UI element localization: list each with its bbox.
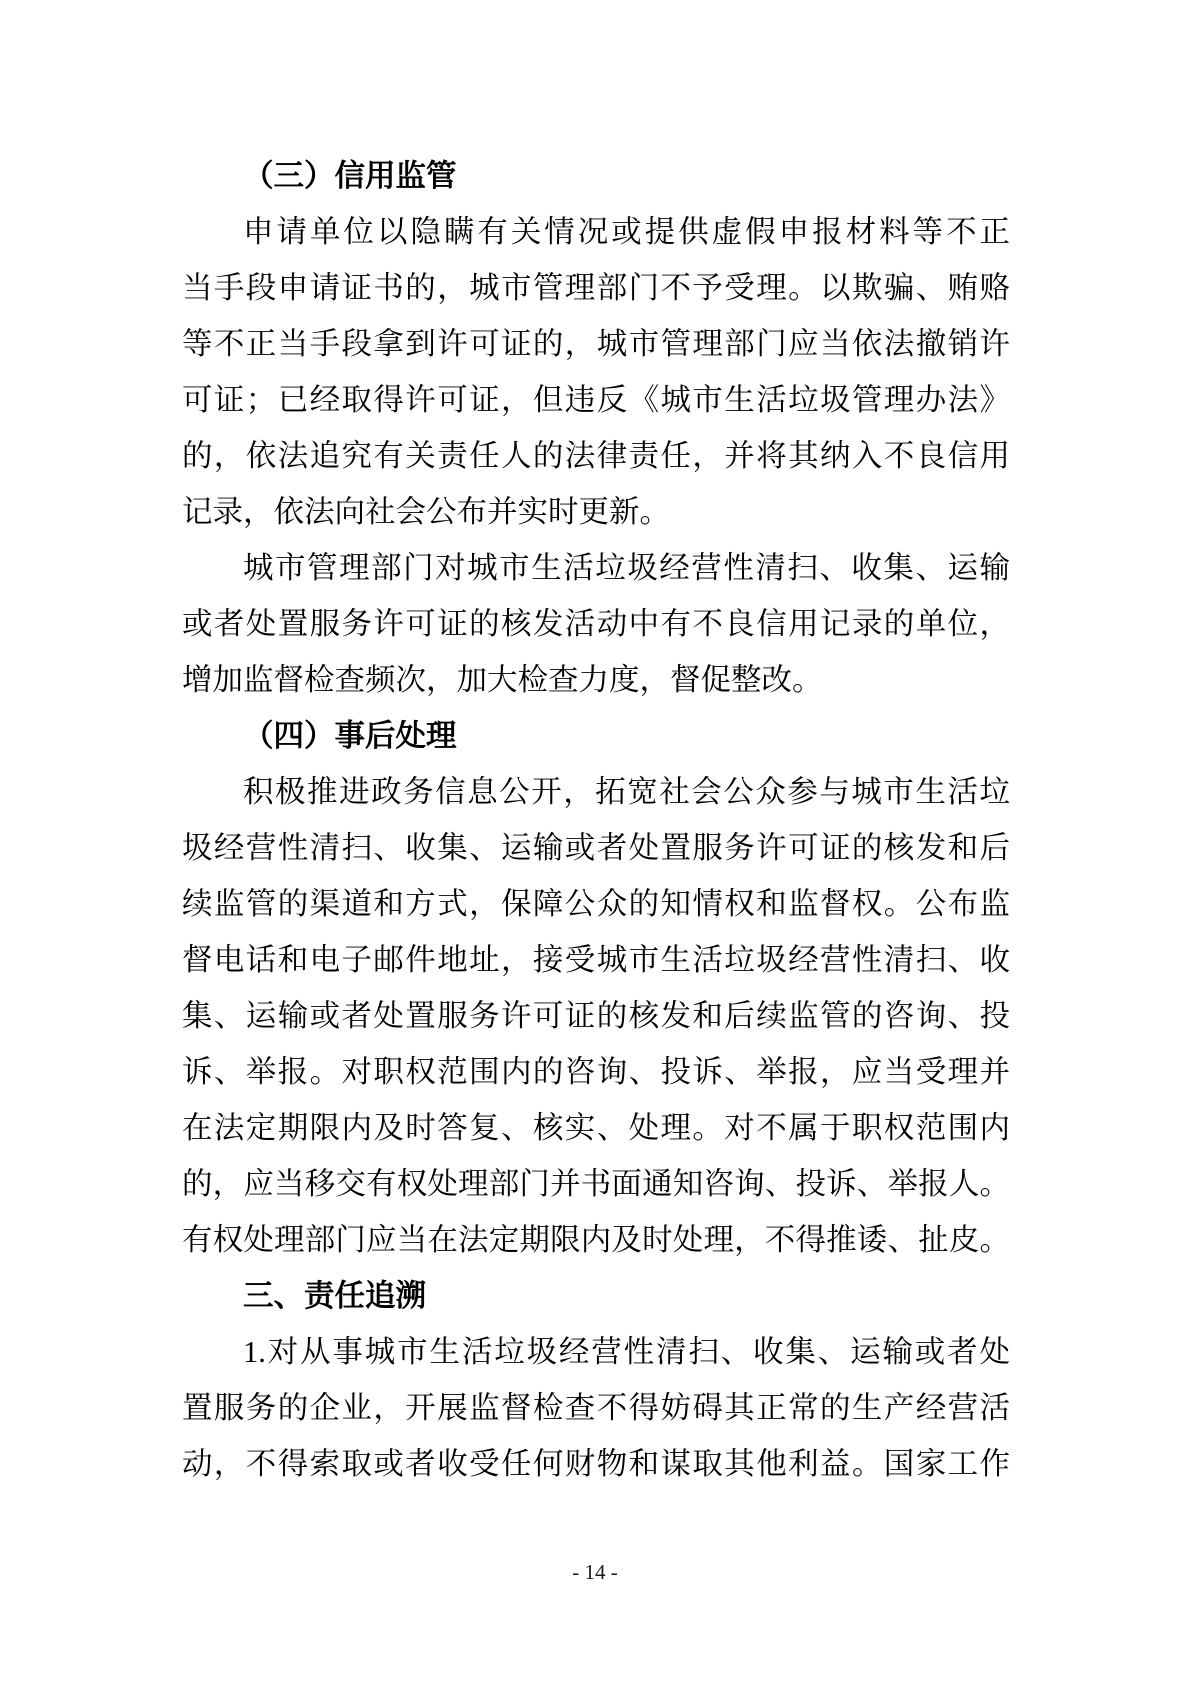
credit-supervision-paragraph-1-line-4: 可证；已经取得许可证，但违反《城市生活垃圾管理办法》 <box>182 372 1010 428</box>
responsibility-tracing-paragraph-line-3: 动，不得索取或者收受任何财物和谋取其他利益。国家工作 <box>182 1436 1010 1492</box>
post-event-handling-paragraph-line-9: 有权处理部门应当在法定期限内及时处理，不得推诿、扯皮。 <box>182 1212 1010 1268</box>
post-event-handling-paragraph-line-6: 诉、举报。对职权范围内的咨询、投诉、举报，应当受理并 <box>182 1044 1010 1100</box>
document-body: （三）信用监管申请单位以隐瞒有关情况或提供虚假申报材料等不正当手段申请证书的，城… <box>182 148 1010 1492</box>
credit-supervision-paragraph-1-line-1: 申请单位以隐瞒有关情况或提供虚假申报材料等不正 <box>182 204 1010 260</box>
credit-supervision-paragraph-2-line-1: 城市管理部门对城市生活垃圾经营性清扫、收集、运输 <box>182 540 1010 596</box>
chapter-3-heading: 三、责任追溯 <box>182 1268 1010 1324</box>
post-event-handling-paragraph-line-2: 圾经营性清扫、收集、运输或者处置服务许可证的核发和后 <box>182 820 1010 876</box>
post-event-handling-paragraph-line-7: 在法定期限内及时答复、核实、处理。对不属于职权范围内 <box>182 1100 1010 1156</box>
post-event-handling-paragraph-line-5: 集、运输或者处置服务许可证的核发和后续监管的咨询、投 <box>182 988 1010 1044</box>
credit-supervision-paragraph-1-line-2: 当手段申请证书的，城市管理部门不予受理。以欺骗、贿赂 <box>182 260 1010 316</box>
responsibility-tracing-paragraph-line-1: 1.对从事城市生活垃圾经营性清扫、收集、运输或者处 <box>182 1324 1010 1380</box>
credit-supervision-paragraph-2-line-3: 增加监督检查频次，加大检查力度，督促整改。 <box>182 652 1010 708</box>
page-number: - 14 - <box>0 1558 1190 1586</box>
credit-supervision-paragraph-1-line-6: 记录，依法向社会公布并实时更新。 <box>182 484 1010 540</box>
section-4-heading: （四）事后处理 <box>182 708 1010 764</box>
post-event-handling-paragraph-line-1: 积极推进政务信息公开，拓宽社会公众参与城市生活垃 <box>182 764 1010 820</box>
section-3-heading: （三）信用监管 <box>182 148 1010 204</box>
credit-supervision-paragraph-1-line-5: 的，依法追究有关责任人的法律责任，并将其纳入不良信用 <box>182 428 1010 484</box>
credit-supervision-paragraph-2-line-2: 或者处置服务许可证的核发活动中有不良信用记录的单位， <box>182 596 1010 652</box>
responsibility-tracing-paragraph-line-2: 置服务的企业，开展监督检查不得妨碍其正常的生产经营活 <box>182 1380 1010 1436</box>
document-page: （三）信用监管申请单位以隐瞒有关情况或提供虚假申报材料等不正当手段申请证书的，城… <box>0 0 1190 1683</box>
credit-supervision-paragraph-1-line-3: 等不正当手段拿到许可证的，城市管理部门应当依法撤销许 <box>182 316 1010 372</box>
post-event-handling-paragraph-line-4: 督电话和电子邮件地址，接受城市生活垃圾经营性清扫、收 <box>182 932 1010 988</box>
post-event-handling-paragraph-line-8: 的，应当移交有权处理部门并书面通知咨询、投诉、举报人。 <box>182 1156 1010 1212</box>
post-event-handling-paragraph-line-3: 续监管的渠道和方式，保障公众的知情权和监督权。公布监 <box>182 876 1010 932</box>
